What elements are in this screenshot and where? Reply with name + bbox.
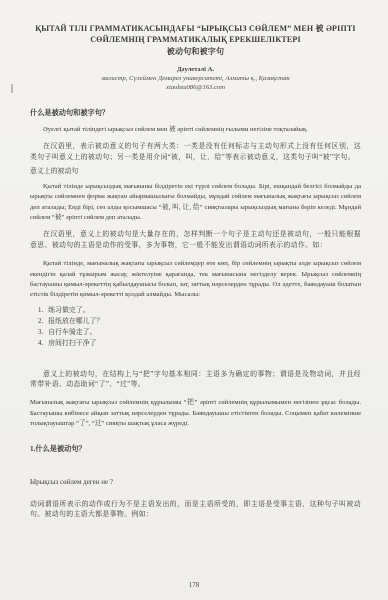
paragraph-kazakh-3: Қытай тілінде, мағыналық жақтағы ырықсыз… — [30, 259, 361, 301]
example-text: 房间打扫干净了 — [48, 338, 96, 349]
paragraph-kazakh-2: Қытай тілінде ырықсыздық мағынаны білдір… — [30, 182, 361, 224]
author-affiliation: магистр, Сүлеймен Демирел университеті, … — [30, 75, 361, 84]
author-email: xiaobzu086@163.com — [30, 84, 361, 93]
example-number: 1. — [38, 305, 43, 316]
example-item-4: 4. 房间打扫干净了 — [30, 338, 361, 349]
example-text: 报纸放在哪儿了？ — [48, 316, 103, 327]
example-item-2: 2. 报纸放在哪儿了？ — [30, 316, 361, 327]
section-heading-2: 1.什么是被动句？ — [30, 444, 361, 454]
paragraph-chinese-4: 动词谓语所表示的动作或行为不是主语发出的，而是主语所受的，即主语是受事主语，这种… — [30, 500, 361, 522]
scan-artifact — [11, 84, 13, 93]
paragraph-chinese-1: 在汉语里，表示被动意义的句子有两大类：一类是没有任何标志与主动句形式上没有任何区… — [30, 142, 361, 164]
example-number: 4. — [38, 338, 43, 349]
paper-title-chinese: 被动句和被字句 — [30, 47, 361, 58]
document-page: ҚЫТАЙ ТІЛІ ГРАММАТИКАСЫНДАҒЫ “ЫРЫҚСЫЗ СӨ… — [0, 0, 388, 600]
author-block: Дәулетәлі А. магистр, Сүлеймен Демирел у… — [30, 66, 361, 92]
subheading-kazakh: Ырықсыз сөйлем деген не ? — [30, 478, 361, 486]
section-heading-1: 什么是被动句和被字句？ — [30, 108, 361, 118]
paragraph-kazakh-intro: Әуелгі қытай тіліндегі ырықсыз сөйлем ме… — [30, 125, 361, 135]
paper-title-line1: ҚЫТАЙ ТІЛІ ГРАММАТИКАСЫНДАҒЫ “ЫРЫҚСЫЗ СӨ… — [30, 24, 361, 35]
paper-title-line2: СӨЙЛЕМНІҢ ГРАММАТИКАЛЫҚ ЕРЕКШЕЛІКТЕРІ — [30, 35, 361, 46]
paragraph-kazakh-4: Мағыналық жақтағы ырықсыз сөйлемнің құры… — [30, 398, 361, 429]
example-item-1: 1. 练习做完了。 — [30, 305, 361, 316]
paragraph-chinese-1-tail: 意义上的被动句 — [30, 165, 361, 175]
paragraph-chinese-3: 意义上的被动句，在结构上与“把”字句基本相同：主语多为确定的事物；谓语是及物动词… — [30, 370, 361, 392]
example-text: 自行车骑走了。 — [48, 327, 96, 338]
example-number: 2. — [38, 316, 43, 327]
author-name: Дәулетәлі А. — [30, 66, 361, 75]
example-item-3: 3. 自行车骑走了。 — [30, 327, 361, 338]
page-number: 178 — [0, 581, 388, 589]
example-number: 3. — [38, 327, 43, 338]
example-list: 1. 练习做完了。 2. 报纸放在哪儿了？ 3. 自行车骑走了。 4. 房间打扫… — [30, 305, 361, 350]
paragraph-chinese-2: 在汉语里，意义上的被动句是大量存在的，怎样判断一个句子是主动句还是被动句，一般只… — [30, 230, 361, 252]
paper-title: ҚЫТАЙ ТІЛІ ГРАММАТИКАСЫНДАҒЫ “ЫРЫҚСЫЗ СӨ… — [30, 24, 361, 57]
example-text: 练习做完了。 — [48, 305, 89, 316]
